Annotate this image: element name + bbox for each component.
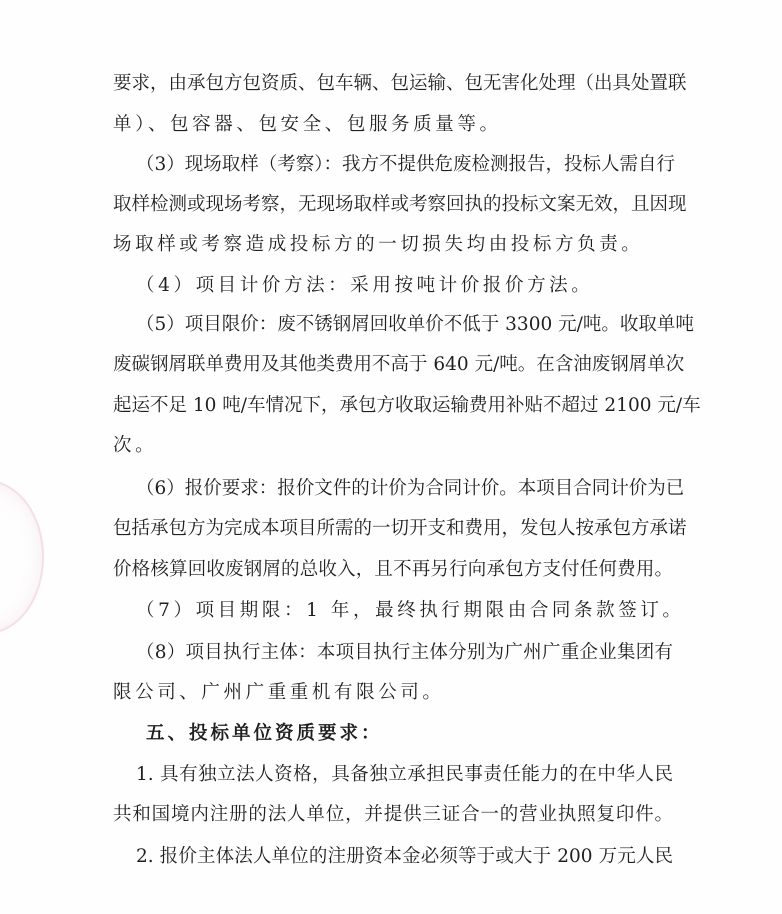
text-line: 共和国境内注册的法人单位，并提供三证合一的营业执照复印件。 [113, 803, 673, 827]
clause-4-line: （4）项目计价方法：采用按吨计价报价方法。 [136, 274, 673, 298]
requirement-2-line: 2. 报价主体法人单位的注册资本金必须等于或大于 200 万元人民 [136, 845, 673, 869]
requirement-1-line: 1. 具有独立法人资格，具备独立承担民事责任能力的在中华人民 [136, 763, 673, 787]
text-line: 场取样或考察造成投标方的一切损失均由投标方负责。 [113, 233, 673, 257]
clause-6-line: （6）报价要求：报价文件的计价为合同计价。本项目合同计价为已 [136, 477, 673, 501]
text-line: 起运不足 10 吨/车情况下，承包方收取运输费用补贴不超过 2100 元/车 [113, 394, 673, 418]
document-page: 要求，由承包方包资质、包车辆、包运输、包无害化处理（出具处置联 单）、包容器、包… [0, 0, 782, 914]
text-line: 单）、包容器、包安全、包服务质量等。 [113, 113, 673, 137]
text-line: 废碳钢屑联单费用及其他类费用不高于 640 元/吨。在含油废钢屑单次 [113, 353, 673, 377]
clause-7-line: （7）项目期限：1 年，最终执行期限由合同条款签订。 [136, 599, 673, 623]
clause-8-line: （8）项目执行主体：本项目执行主体分别为广州广重企业集团有 [136, 641, 673, 665]
section-heading: 五、投标单位资质要求： [146, 722, 706, 746]
red-seal-stamp [0, 480, 44, 634]
text-line: 价格核算回收废钢屑的总收入，且不再另行向承包方支付任何费用。 [113, 558, 673, 582]
text-line: 包括承包方为完成本项目所需的一切开支和费用，发包人按承包方承诺 [113, 517, 673, 541]
text-line: 次。 [113, 434, 673, 458]
clause-3-line: （3）现场取样（考察）：我方不提供危废检测报告，投标人需自行 [136, 153, 673, 177]
text-line: 要求，由承包方包资质、包车辆、包运输、包无害化处理（出具处置联 [113, 72, 673, 96]
clause-5-line: （5）项目限价：废不锈钢屑回收单价不低于 3300 元/吨。收取单吨 [136, 313, 673, 337]
text-line: 限公司、广州广重重机有限公司。 [113, 681, 673, 705]
text-line: 取样检测或现场考察，无现场取样或考察回执的投标文案无效，且因现 [113, 193, 673, 217]
